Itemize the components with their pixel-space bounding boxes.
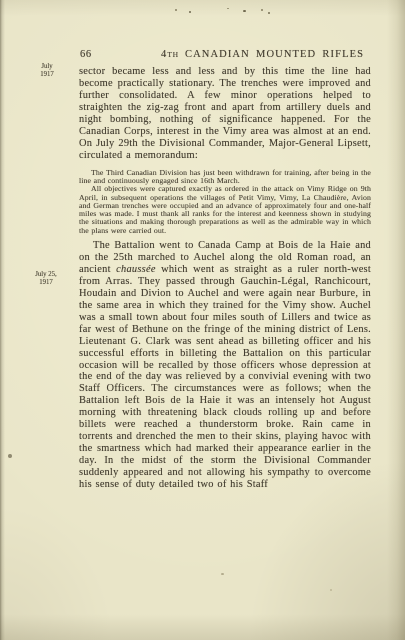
scan-speck: [221, 573, 224, 575]
book-page-scan: 66 4TH CANADIAN MOUNTED RIFLES July1917 …: [0, 0, 405, 640]
italic-french-term: chaussée: [116, 264, 156, 275]
running-title-ordinal-suffix: TH: [167, 50, 178, 59]
memorandum-paragraph-2: All objectives were captured exactly as …: [79, 185, 371, 235]
margin-note-line: July 25,: [35, 271, 57, 278]
running-title-text: CANADIAN MOUNTED RIFLES: [179, 49, 364, 60]
scan-speck: [175, 9, 177, 11]
paragraph-sector-stationary: sector became less and less and by this …: [79, 66, 371, 162]
margin-note-line: July: [41, 63, 52, 70]
paragraph-battalion-auchel: The Battalion went to Canada Camp at Boi…: [79, 240, 371, 491]
margin-note-line: 1917: [39, 279, 53, 286]
memorandum-paragraph-1: The Third Canadian Division has just bee…: [79, 169, 371, 186]
scan-speck: [189, 11, 191, 13]
scan-speck: [227, 8, 229, 9]
scan-speck: [261, 9, 263, 11]
paragraph-text: which went as straight as a ruler north-…: [79, 264, 371, 490]
memorandum-block: The Third Canadian Division has just bee…: [79, 169, 371, 235]
running-title: 4TH CANADIAN MOUNTED RIFLES: [161, 49, 364, 60]
scan-speck: [330, 589, 332, 591]
text-column: sector became less and less and by this …: [79, 66, 371, 491]
page-number: 66: [80, 49, 92, 60]
margin-date-note-july-25-1917: July 25,1917: [26, 271, 66, 287]
scan-speck: [243, 10, 246, 12]
margin-date-note-july-1917: July1917: [32, 63, 62, 79]
scan-speck: [8, 454, 12, 458]
scan-speck: [268, 12, 270, 14]
margin-note-line: 1917: [40, 71, 54, 78]
